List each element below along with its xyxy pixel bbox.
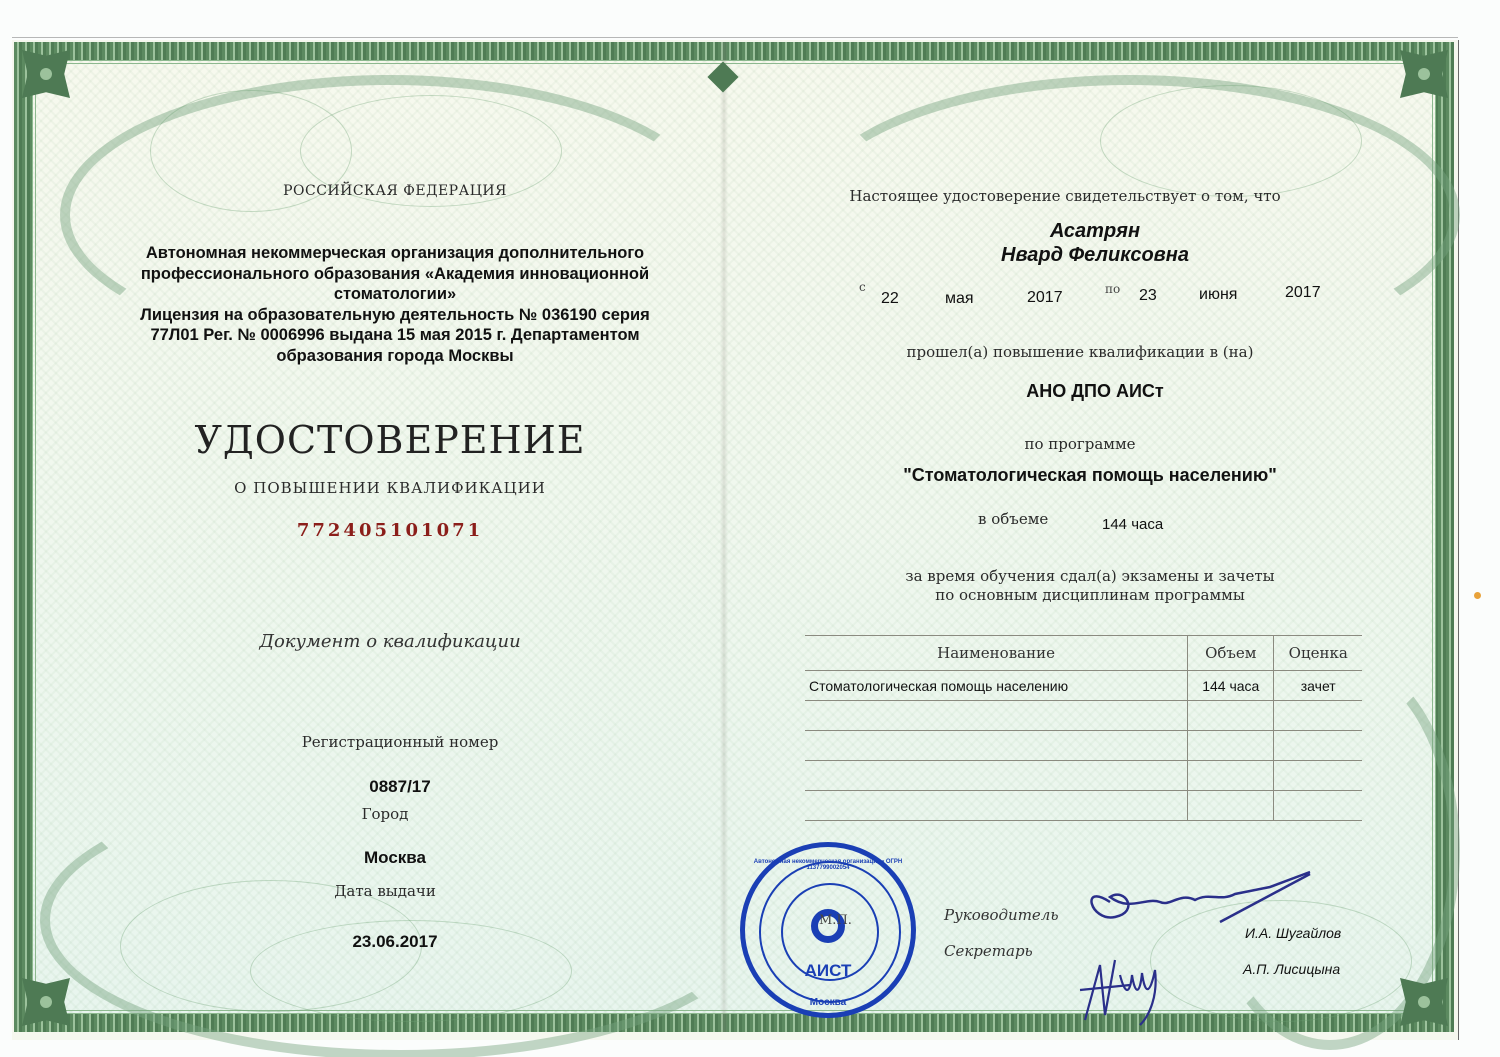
- column-header-grade: Оценка: [1274, 636, 1362, 671]
- subject-name: Стоматологическая помощь населению: [805, 671, 1188, 701]
- column-header-volume: Объем: [1188, 636, 1274, 671]
- issue-date: 23.06.2017: [245, 932, 545, 952]
- study-period: с 22 мая 2017 по 23 июня 2017: [855, 280, 1335, 308]
- institution-name: АНО ДПО АИСт: [830, 381, 1360, 402]
- period-from-year: 2017: [1027, 289, 1063, 307]
- stamp-emblem-text: АИСТ: [745, 961, 911, 981]
- period-from-day: 22: [881, 290, 899, 308]
- table-row: [805, 791, 1362, 821]
- table-header-row: Наименование Объем Оценка: [805, 636, 1362, 671]
- registration-label: Регистрационный номер: [250, 733, 550, 751]
- period-to-day: 23: [1139, 287, 1157, 305]
- issue-date-label: Дата выдачи: [235, 882, 535, 900]
- exams-text: за время обучения сдал(а) экзамены и зач…: [830, 567, 1350, 605]
- city-value: Москва: [245, 848, 545, 868]
- stamp-place-label: М.П.: [819, 913, 852, 928]
- table-row: [805, 761, 1362, 791]
- exams-line: за время обучения сдал(а) экзамены и зач…: [830, 567, 1350, 586]
- grades-table: Наименование Объем Оценка Стоматологичес…: [805, 635, 1362, 821]
- organization-line: стоматологии»: [110, 284, 680, 305]
- scan-edge-line: [12, 37, 1458, 38]
- stamp-city: Москва: [745, 997, 911, 1008]
- city-label: Город: [235, 805, 535, 823]
- holder-given-names: Нвард Феликсовна: [830, 243, 1360, 267]
- volume-value: 144 часа: [1102, 516, 1163, 533]
- period-from-month: мая: [945, 290, 974, 308]
- subject-name: [805, 791, 1188, 821]
- program-name: "Стоматологическая помощь населению": [810, 465, 1370, 486]
- scan-mark: [1474, 592, 1481, 599]
- registration-number: 0887/17: [250, 777, 550, 797]
- volume-label: в объеме: [978, 510, 1048, 528]
- subject-name: [805, 731, 1188, 761]
- organization-block: Автономная некоммерческая организация до…: [110, 243, 680, 366]
- period-to-month: июня: [1199, 286, 1237, 304]
- subject-grade: [1274, 791, 1362, 821]
- subject-grade: [1274, 701, 1362, 731]
- table-row: [805, 731, 1362, 761]
- holder-name: Асатрян Нвард Феликсовна: [830, 219, 1360, 267]
- document-kind: Документ о квалификации: [150, 631, 630, 652]
- subject-volume: 144 часа: [1188, 671, 1274, 701]
- organization-line: Автономная некоммерческая организация до…: [110, 243, 680, 264]
- secretary-name: А.П. Лисицына: [1243, 961, 1340, 977]
- license-line: 77Л01 Рег. № 0006996 выдана 15 мая 2015 …: [110, 325, 680, 346]
- subject-name: [805, 701, 1188, 731]
- program-label: по программе: [830, 435, 1330, 453]
- secretary-role-label: Секретарь: [944, 942, 1033, 960]
- head-name: И.А. Шугайлов: [1245, 925, 1341, 941]
- license-line: Лицензия на образовательную деятельность…: [110, 305, 680, 326]
- head-role-label: Руководитель: [944, 906, 1059, 924]
- stamp-rim-text: Автономная некоммерческая организация • …: [745, 859, 911, 871]
- organization-stamp: Автономная некоммерческая организация • …: [740, 842, 916, 1018]
- organization-line: профессионального образования «Академия …: [110, 264, 680, 285]
- passed-text: прошел(а) повышение квалификации в (на): [830, 343, 1330, 361]
- subject-grade: зачет: [1274, 671, 1362, 701]
- table-row: [805, 701, 1362, 731]
- period-from-label: с: [859, 280, 866, 294]
- subject-name: [805, 761, 1188, 791]
- document-subtitle: О ПОВЫШЕНИИ КВАЛИФИКАЦИИ: [150, 479, 630, 497]
- holder-surname: Асатрян: [830, 219, 1360, 243]
- subject-grade: [1274, 761, 1362, 791]
- subject-volume: [1188, 701, 1274, 731]
- subject-volume: [1188, 731, 1274, 761]
- exams-line: по основным дисциплинам программы: [830, 586, 1350, 605]
- center-fold: [720, 42, 728, 1032]
- column-header-name: Наименование: [805, 636, 1188, 671]
- certification-intro: Настоящее удостоверение свидетельствует …: [830, 187, 1300, 205]
- subject-grade: [1274, 731, 1362, 761]
- serial-number: 772405101071: [150, 520, 630, 541]
- subject-volume: [1188, 791, 1274, 821]
- country-heading: РОССИЙСКАЯ ФЕДЕРАЦИЯ: [200, 183, 590, 199]
- period-to-label: по: [1105, 282, 1120, 296]
- period-to-year: 2017: [1285, 284, 1321, 302]
- document-title: УДОСТОВЕРЕНИЕ: [150, 418, 630, 462]
- license-line: образования города Москвы: [110, 346, 680, 367]
- table-row: Стоматологическая помощь населению 144 ч…: [805, 671, 1362, 701]
- subject-volume: [1188, 761, 1274, 791]
